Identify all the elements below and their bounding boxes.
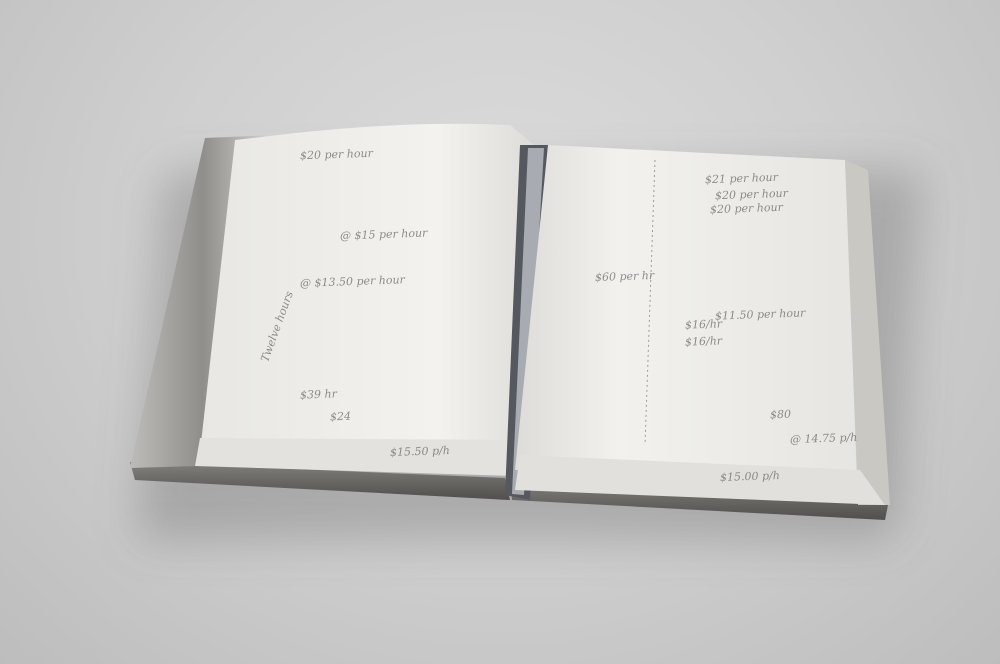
handwritten-note: $60 per hr [595,269,655,284]
handwritten-note: @ 14.75 p/h [790,431,858,446]
handwritten-note: $21 per hour [705,171,778,187]
handwritten-note: $20 per hour [710,201,783,217]
handwritten-note: $80 [770,408,791,422]
book-illustration [0,0,1000,664]
handwritten-note: $16/hr [685,334,722,348]
handwritten-note: $39 hr [300,387,337,401]
handwritten-note: $16/hr [685,317,722,331]
photo-scene: $20 per hour @ $15 per hour @ $13.50 per… [0,0,1000,664]
handwritten-note: $15.50 p/h [390,444,450,459]
handwritten-note: $24 [330,410,351,424]
handwritten-note: $20 per hour [300,147,373,163]
handwritten-note: $15.00 p/h [720,469,780,484]
